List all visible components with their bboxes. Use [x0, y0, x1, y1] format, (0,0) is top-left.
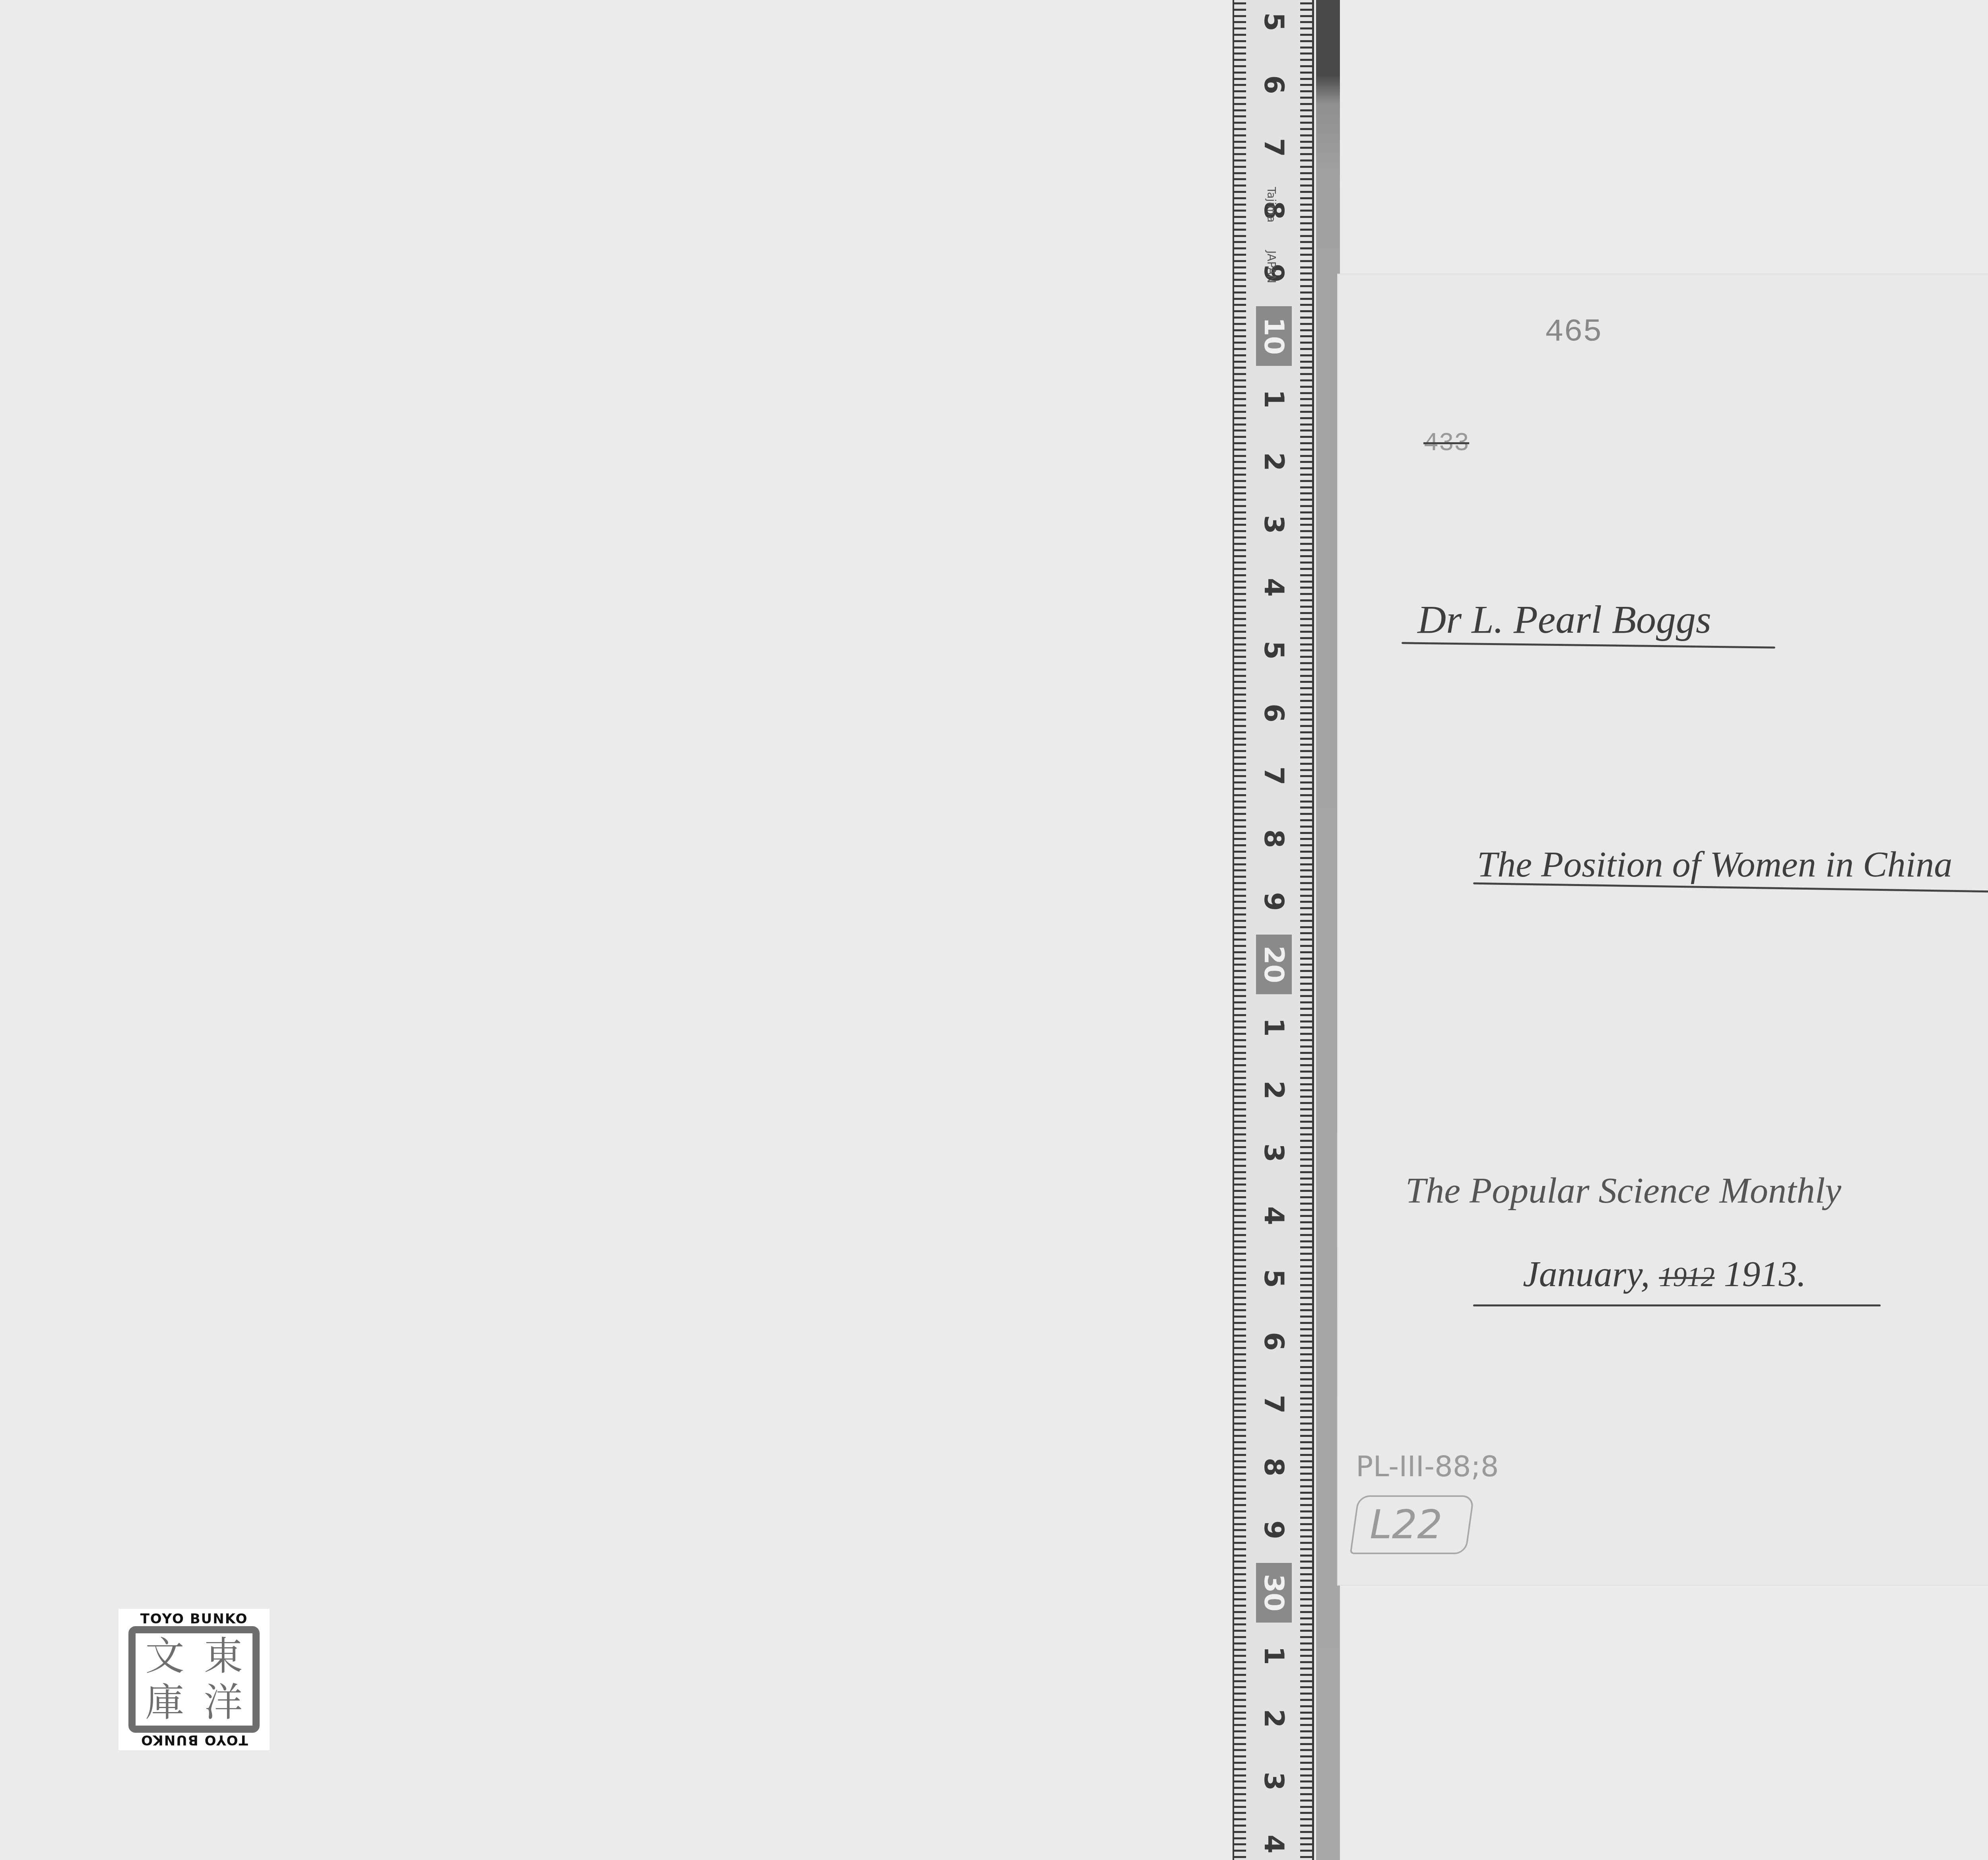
ruler-label: 2: [1250, 1701, 1298, 1736]
ruler-label: 7: [1250, 1386, 1298, 1422]
ruler-label: 30: [1256, 1563, 1292, 1623]
ruler-label: 6: [1250, 1324, 1298, 1359]
seal-char: 東: [194, 1633, 252, 1679]
ruler-label: 4: [1250, 1826, 1298, 1860]
seal-char: 洋: [194, 1679, 252, 1726]
shelf-mark: PL-III-88;8: [1356, 1450, 1499, 1483]
ruler-label: 4: [1250, 1198, 1298, 1234]
ruler-label: 3: [1250, 1135, 1298, 1171]
ruler-ticks-left: [1234, 0, 1250, 1860]
seal-char: 文: [136, 1633, 194, 1679]
seal-icon: 東 文 洋 庫: [128, 1626, 260, 1733]
ruler-label: 4: [1250, 569, 1298, 605]
seal-char: 庫: [136, 1679, 194, 1726]
author-name: Dr L. Pearl Boggs: [1417, 597, 1711, 642]
ruler-label: 5: [1250, 4, 1298, 40]
ruler-label: 9: [1250, 1512, 1298, 1548]
ruler-label: 1: [1250, 1009, 1298, 1045]
date-underline: [1473, 1304, 1881, 1306]
old-number-struck: 433: [1423, 430, 1469, 458]
stamped-number: 465: [1545, 314, 1602, 350]
ruler-label: 8: [1250, 821, 1298, 857]
ruler-label: 8: [1250, 1449, 1298, 1485]
ruler-label: 20: [1256, 935, 1292, 994]
ruler-label: 5: [1250, 632, 1298, 668]
ruler-label: 7: [1250, 758, 1298, 794]
ruler-origin: JAPAN: [1265, 251, 1278, 283]
ruler-label: 2: [1250, 444, 1298, 480]
ruler-brand: Tajima: [1265, 187, 1278, 223]
circled-code: L22: [1370, 1501, 1442, 1548]
ruler-label: 7: [1250, 130, 1298, 165]
publication-name: The Popular Science Monthly: [1406, 1169, 1841, 1211]
ruler-label: 5: [1250, 1261, 1298, 1296]
measuring-ruler: 567891012345678920123456789301234 Tajima…: [1233, 0, 1314, 1860]
ruler-label: 2: [1250, 1072, 1298, 1108]
stamp-label-bottom: TOYO BUNKO: [140, 1733, 248, 1747]
ruler-label: 10: [1256, 306, 1292, 366]
ruler-label: 6: [1250, 67, 1298, 103]
ruler-label: 6: [1250, 695, 1298, 731]
catalog-card: 465 433 Dr L. Pearl Boggs The Position o…: [1338, 274, 1988, 1585]
date-struck: 1912: [1659, 1262, 1714, 1292]
toyo-bunko-stamp-bottom-left: TOYO BUNKO 東 文 洋 庫 TOYO BUNKO: [118, 1609, 270, 1750]
ruler-label: 1: [1250, 1638, 1298, 1673]
publication-date: January, 1912 1913.: [1523, 1253, 1806, 1295]
ruler-ticks-right: [1296, 0, 1312, 1860]
date-month: January,: [1523, 1254, 1650, 1294]
stamp-label-top: TOYO BUNKO: [140, 1612, 248, 1626]
ruler-label: 1: [1250, 381, 1298, 417]
date-year: 1913.: [1724, 1254, 1806, 1294]
author-underline: [1402, 642, 1775, 648]
ruler-label: 3: [1250, 1763, 1298, 1799]
ruler-label: 3: [1250, 507, 1298, 542]
article-title: The Position of Women in China: [1477, 843, 1952, 885]
ruler-label: 9: [1250, 884, 1298, 919]
binding-strip: [1316, 0, 1340, 1860]
